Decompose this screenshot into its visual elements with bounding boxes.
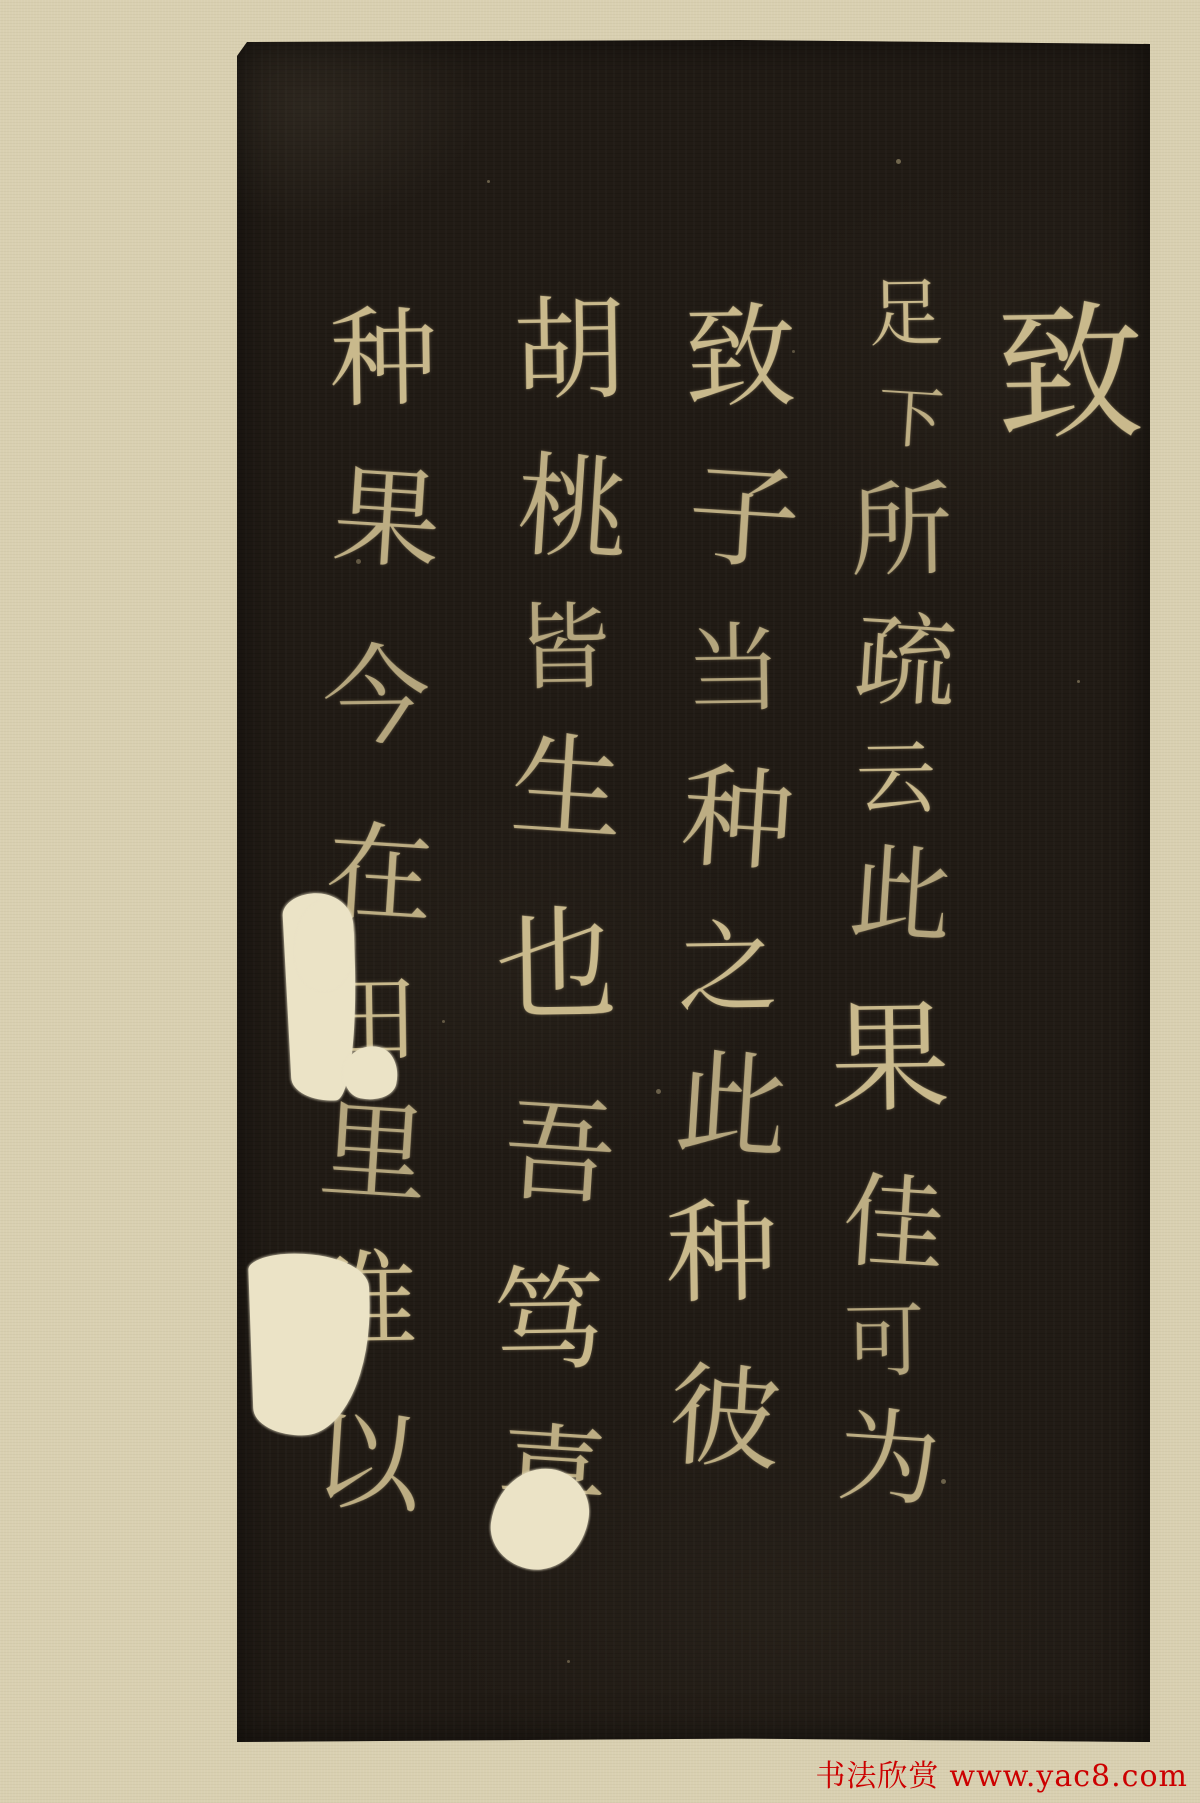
calligraphy-character: 胡 <box>512 271 626 431</box>
scanned-calligraphy-page: { "artwork": { "description_label": "草书拓… <box>0 0 1200 1803</box>
calligraphy-character: 此 <box>846 827 956 964</box>
calligraphy-column-2: 足下所疏云此果佳可为 <box>813 255 980 1527</box>
calligraphy-character: 为 <box>834 1391 944 1528</box>
calligraphy-character: 笃 <box>492 1241 606 1401</box>
calligraphy-character: 云 <box>855 727 936 830</box>
calligraphy-character: 疏 <box>850 594 960 731</box>
calligraphy-column-1: 致 <box>1001 281 1145 469</box>
site-watermark: 书法欣赏www.yac8.com <box>815 1751 1188 1795</box>
calligraphy-character: 下 <box>875 370 947 468</box>
calligraphy-character: 果 <box>829 960 952 1160</box>
calligraphy-character: 足 <box>868 256 944 373</box>
calligraphy-column-3: 致子当种之此种彼 <box>644 276 820 1505</box>
watermark-site-name: 书法欣赏 <box>815 1759 939 1794</box>
calligraphy-character: 也 <box>494 867 619 1065</box>
calligraphy-column-4: 胡桃皆生也吾笃喜 <box>467 270 654 1559</box>
calligraphy-character: 种 <box>664 1173 778 1335</box>
calligraphy-character: 种 <box>677 737 799 904</box>
calligraphy-character: 佳 <box>839 1156 949 1293</box>
calligraphy-character: 之 <box>677 899 779 1038</box>
ink-specks <box>237 40 240 43</box>
calligraphy-character: 致 <box>683 277 797 439</box>
calligraphy-character: 可 <box>844 1289 925 1394</box>
calligraphy-character: 当 <box>685 597 783 740</box>
calligraphy-character: 彼 <box>664 1331 786 1508</box>
watermark-site-url: www.yac8.com <box>949 1759 1188 1794</box>
calligraphy-character: 种 <box>328 279 438 440</box>
calligraphy-character: 里 <box>315 1081 432 1228</box>
calligraphy-character: 皆 <box>515 587 611 710</box>
calligraphy-character: 桃 <box>512 427 634 592</box>
calligraphy-character: 此 <box>671 1035 791 1178</box>
calligraphy-character: 果 <box>328 437 446 603</box>
calligraphy-character: 今 <box>321 599 432 796</box>
calligraphy-character: 吾 <box>498 1061 621 1246</box>
calligraphy-character: 所 <box>849 465 953 597</box>
calligraphy-character: 致 <box>995 281 1146 468</box>
calligraphy-character: 子 <box>683 435 805 602</box>
calligraphy-character: 生 <box>506 707 628 872</box>
